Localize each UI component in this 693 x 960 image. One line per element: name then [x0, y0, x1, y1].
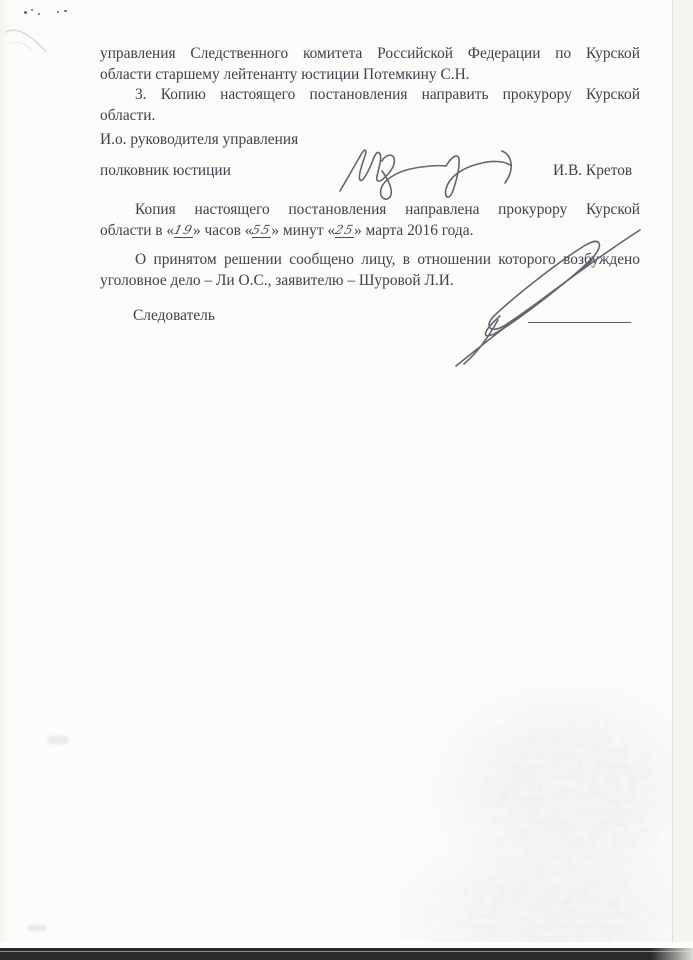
signer-name: И.В. Кретов: [553, 161, 632, 182]
scan-noise-patch: [398, 688, 683, 943]
ink-speck: [24, 11, 27, 14]
investigator-label: Следователь: [133, 306, 215, 327]
ink-speck: [64, 10, 67, 12]
scan-smudge-small: [48, 736, 68, 744]
copy-note-text: » минут «: [271, 222, 335, 239]
paragraph-line: управления Следственного комитета Россий…: [100, 44, 640, 65]
scanned-document-page: управления Следственного комитета Россий…: [0, 0, 693, 960]
signer-position: И.о. руководителя управления: [100, 130, 298, 151]
scan-edge-hairline: [0, 951, 693, 952]
copy-note-text: области в «: [100, 222, 174, 239]
paragraph-line: области.: [100, 106, 640, 127]
scanner-margin: [673, 0, 693, 946]
hours-blank: 19: [174, 224, 193, 238]
handwritten-day: 25: [334, 223, 356, 236]
paragraph-line: Копия настоящего постановления направлен…: [100, 200, 640, 221]
scan-edge-fade: [651, 948, 693, 960]
scan-smudge-small: [28, 925, 46, 931]
handwritten-minutes: 55: [251, 223, 273, 236]
body-paragraphs: управления Следственного комитета Россий…: [100, 44, 640, 126]
handwritten-hours: 19: [173, 223, 195, 236]
day-blank: 25: [335, 224, 354, 238]
ink-speck: [57, 11, 59, 13]
ink-speck: [38, 13, 40, 15]
scan-edge-bar: [0, 948, 693, 960]
copy-note-text: » часов «: [193, 222, 252, 239]
signature-kretov: [332, 141, 527, 203]
ink-speck: [31, 9, 33, 11]
paragraph-line: области старшему лейтенанту юстиции Поте…: [100, 65, 640, 86]
minutes-blank: 55: [252, 224, 271, 238]
pencil-smudge: [2, 24, 50, 58]
signature-investigator: [440, 224, 650, 372]
signer-rank: полковник юстиции: [100, 161, 231, 182]
paragraph-line: 3. Копию настоящего постановления направ…: [100, 85, 640, 106]
